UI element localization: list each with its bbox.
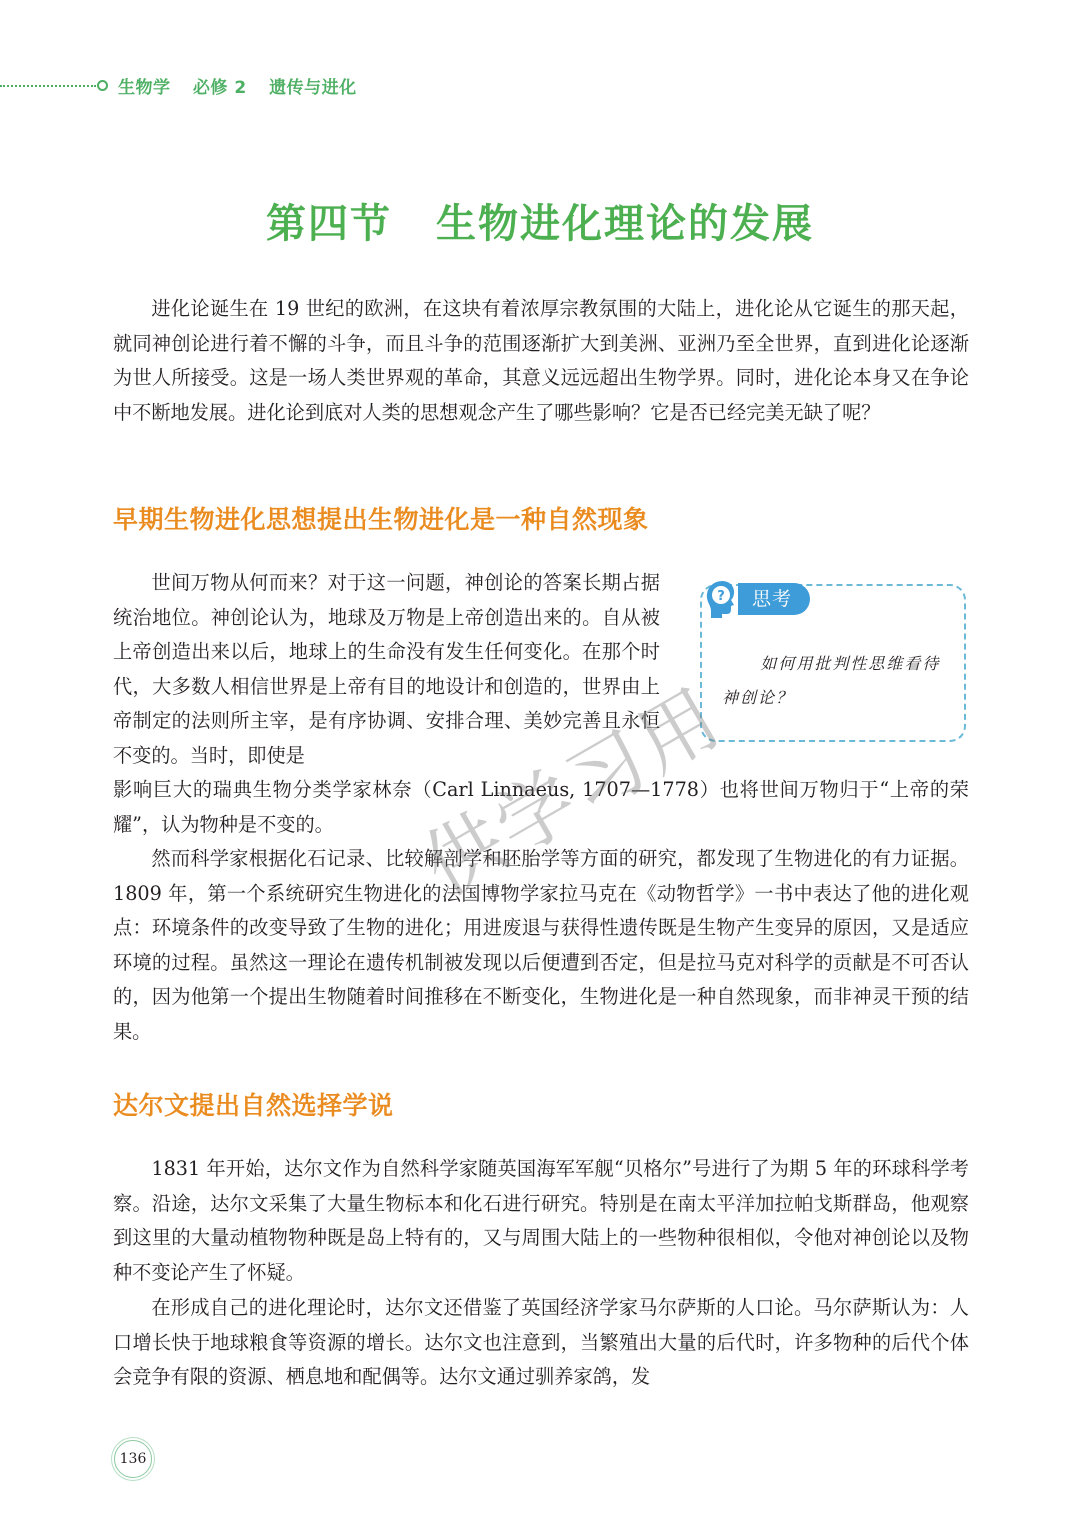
header-subject: 生物学: [118, 78, 171, 98]
paragraph-linnaeus: 影响巨大的瑞典生物分类学家林奈（Carl Linnaeus, 1707—1778…: [113, 773, 969, 842]
header-circle-icon: [97, 80, 108, 91]
header-volume: 必修 2: [193, 78, 247, 98]
question-head-icon: ?: [702, 578, 744, 620]
paragraph-lamarck: 然而科学家根据化石记录、比较解剖学和胚胎学等方面的研究，都发现了生物进化的有力证…: [113, 842, 969, 1049]
think-label: 思考: [738, 583, 810, 615]
svg-text:?: ?: [717, 589, 725, 604]
section-heading-darwin: 达尔文提出自然选择学说: [113, 1086, 394, 1122]
think-box-tab: ? 思考: [702, 578, 810, 620]
paragraph-beagle-voyage: 1831 年开始，达尔文作为自然科学家随英国海军军舰“贝格尔”号进行了为期 5 …: [113, 1152, 969, 1290]
page-number: 136: [114, 1440, 152, 1478]
section-title: 生物进化理论的发展: [436, 200, 814, 247]
paragraph-creationism: 世间万物从何而来？对于这一问题，神创论的答案长期占据统治地位。神创论认为，地球及…: [113, 566, 660, 773]
section-number: 第四节: [266, 200, 392, 247]
section-heading-early-evolution: 早期生物进化思想提出生物进化是一种自然现象: [113, 500, 649, 536]
header-dotted-line: [0, 85, 96, 87]
header-book: 遗传与进化: [269, 78, 357, 98]
header-text: 生物学 必修 2 遗传与进化: [118, 73, 373, 98]
running-header: 生物学 必修 2 遗传与进化: [0, 72, 373, 98]
page-number-text: 136: [120, 1451, 147, 1467]
intro-paragraph: 进化论诞生在 19 世纪的欧洲，在这块有着浓厚宗教氛围的大陆上，进化论从它诞生的…: [113, 292, 969, 430]
page-title: 第四节生物进化理论的发展: [0, 192, 1080, 249]
paragraph-malthus: 在形成自己的进化理论时，达尔文还借鉴了英国经济学家马尔萨斯的人口论。马尔萨斯认为…: [113, 1291, 969, 1395]
think-question: 如何用批判性思维看待神创论？: [722, 647, 948, 715]
